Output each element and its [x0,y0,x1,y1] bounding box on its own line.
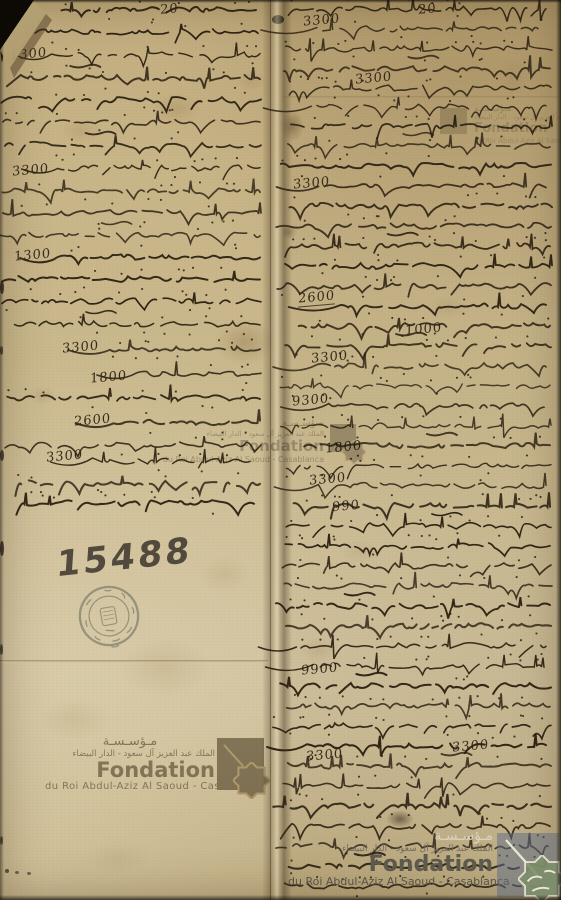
amount-annotation: 990 [332,498,360,516]
page-edge-left [0,0,4,900]
page-edge-right [556,0,561,900]
manuscript-scan: 2013003300130033001800260033002033003300… [0,0,561,900]
amount-annotation: 20 [418,1,437,18]
page-edge-bottom [0,895,561,900]
folded-corner [0,0,80,100]
handwritten-arabic-text [0,0,561,900]
round-ink-seal [72,579,146,653]
amount-annotation: 20 [160,1,179,18]
page-edge-top [0,0,561,3]
amount-annotation: 2600 [298,288,335,307]
